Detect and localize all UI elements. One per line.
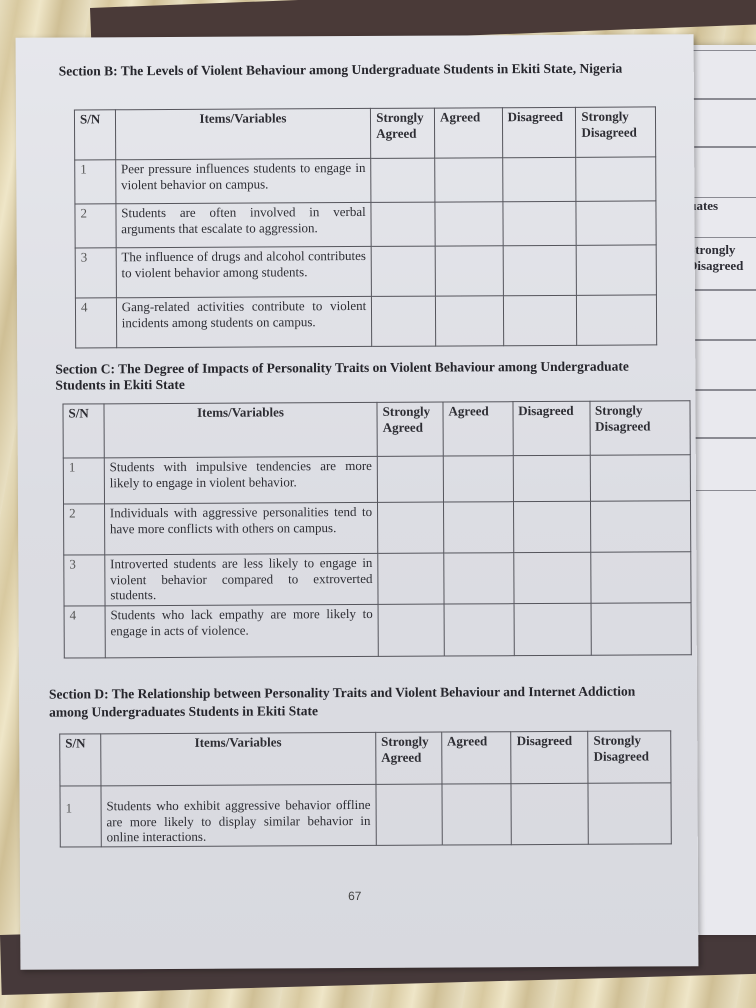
response-strongly-agreed[interactable]	[378, 502, 444, 553]
response-strongly-agreed[interactable]	[378, 604, 444, 656]
response-strongly-agreed[interactable]	[377, 456, 443, 502]
item-text: Individuals with aggressive personalitie…	[104, 502, 378, 554]
item-sn: 2	[64, 504, 105, 555]
section-c-table: S/N Items/Variables Strongly Agreed Agre…	[62, 400, 691, 658]
response-agreed[interactable]	[444, 604, 514, 656]
response-disagreed[interactable]	[513, 455, 590, 501]
back-page-fragment: Strongly Disagreed	[688, 242, 756, 274]
response-disagreed[interactable]	[502, 157, 576, 201]
table-row: 1 Students with impulsive tendencies are…	[63, 455, 690, 504]
response-agreed[interactable]	[435, 202, 503, 246]
header-sn: S/N	[63, 404, 104, 458]
header-strongly-agreed: Strongly Agreed	[371, 108, 435, 158]
item-sn: 3	[64, 555, 105, 606]
header-strongly-disagreed: Strongly Disagreed	[588, 731, 671, 783]
header-strongly-agreed: Strongly Agreed	[376, 732, 442, 784]
response-strongly-agreed[interactable]	[371, 246, 435, 296]
response-strongly-disagreed[interactable]	[590, 552, 691, 604]
item-sn: 4	[64, 606, 105, 658]
header-agreed: Agreed	[441, 732, 511, 784]
item-text: Students are often involved in verbal ar…	[116, 202, 372, 247]
section-b-table: S/N Items/Variables Strongly Agreed Agre…	[74, 106, 657, 348]
response-disagreed[interactable]	[511, 783, 588, 844]
response-strongly-agreed[interactable]	[371, 158, 435, 202]
table-header-row: S/N Items/Variables Strongly Agreed Agre…	[60, 731, 671, 786]
response-strongly-agreed[interactable]	[371, 202, 435, 246]
header-disagreed: Disagreed	[502, 107, 576, 157]
response-agreed[interactable]	[443, 456, 513, 502]
table-row: 3 The influence of drugs and alcohol con…	[75, 245, 656, 298]
response-agreed[interactable]	[435, 296, 503, 346]
response-disagreed[interactable]	[503, 295, 577, 345]
section-b-title: Section B: The Levels of Violent Behavio…	[59, 61, 639, 80]
response-strongly-agreed[interactable]	[378, 553, 444, 604]
item-text: Gang-related activities contribute to vi…	[116, 296, 372, 347]
response-strongly-disagreed[interactable]	[576, 157, 656, 201]
response-strongly-agreed[interactable]	[372, 296, 436, 346]
section-d-title: Section D: The Relationship between Pers…	[49, 682, 649, 721]
item-sn: 2	[75, 204, 116, 248]
response-strongly-agreed[interactable]	[376, 784, 442, 845]
response-agreed[interactable]	[435, 158, 503, 202]
response-agreed[interactable]	[443, 502, 513, 553]
header-items: Items/Variables	[101, 732, 376, 785]
header-disagreed: Disagreed	[511, 731, 588, 783]
item-sn: 1	[60, 786, 101, 847]
table-row: 4 Gang-related activities contribute to …	[75, 295, 656, 348]
table-header-row: S/N Items/Variables Strongly Agreed Agre…	[74, 107, 655, 160]
section-c-title: Section C: The Degree of Impacts of Pers…	[55, 358, 645, 393]
item-text: The influence of drugs and alcohol contr…	[116, 246, 372, 297]
header-strongly-disagreed: Strongly Disagreed	[576, 107, 656, 157]
response-strongly-disagreed[interactable]	[590, 501, 691, 553]
response-agreed[interactable]	[442, 784, 512, 845]
response-strongly-disagreed[interactable]	[577, 295, 657, 345]
response-strongly-disagreed[interactable]	[588, 783, 671, 844]
table-header-row: S/N Items/Variables Strongly Agreed Agre…	[63, 401, 690, 458]
header-strongly-agreed: Strongly Agreed	[377, 402, 443, 456]
item-sn: 1	[63, 458, 104, 504]
header-sn: S/N	[60, 734, 101, 786]
item-text: Students who exhibit aggressive behavior…	[101, 784, 376, 846]
response-disagreed[interactable]	[513, 552, 590, 603]
header-sn: S/N	[74, 110, 115, 160]
header-items: Items/Variables	[104, 402, 378, 457]
item-sn: 3	[75, 248, 116, 298]
header-strongly-disagreed: Strongly Disagreed	[589, 401, 690, 456]
header-agreed: Agreed	[443, 402, 513, 456]
response-strongly-disagreed[interactable]	[590, 455, 691, 502]
item-sn: 4	[75, 298, 116, 348]
response-disagreed[interactable]	[503, 201, 577, 245]
item-sn: 1	[75, 160, 116, 204]
table-row: 2 Students are often involved in verbal …	[75, 201, 656, 248]
header-disagreed: Disagreed	[513, 401, 590, 455]
page-number: 67	[348, 889, 361, 903]
item-text: Introverted students are less likely to …	[105, 553, 379, 605]
response-disagreed[interactable]	[503, 245, 577, 295]
response-strongly-disagreed[interactable]	[577, 245, 657, 295]
header-items: Items/Variables	[115, 108, 371, 159]
item-text: Students who lack empathy are more likel…	[105, 604, 379, 657]
response-strongly-disagreed[interactable]	[591, 603, 692, 656]
response-disagreed[interactable]	[514, 603, 591, 655]
response-strongly-disagreed[interactable]	[576, 201, 656, 245]
questionnaire-page: Section B: The Levels of Violent Behavio…	[16, 34, 699, 970]
table-row: 1 Peer pressure influences students to e…	[75, 157, 656, 204]
table-row: 1 Students who exhibit aggressive behavi…	[60, 783, 671, 847]
item-text: Students with impulsive tendencies are m…	[104, 456, 377, 503]
item-text: Peer pressure influences students to eng…	[115, 158, 371, 203]
table-row: 3 Introverted students are less likely t…	[64, 552, 691, 606]
table-row: 4 Students who lack empathy are more lik…	[64, 603, 691, 658]
response-agreed[interactable]	[435, 246, 503, 296]
table-row: 2 Individuals with aggressive personalit…	[64, 501, 691, 555]
section-d-table: S/N Items/Variables Strongly Agreed Agre…	[59, 730, 672, 847]
response-agreed[interactable]	[444, 553, 514, 604]
header-agreed: Agreed	[434, 108, 502, 158]
response-disagreed[interactable]	[513, 501, 590, 552]
